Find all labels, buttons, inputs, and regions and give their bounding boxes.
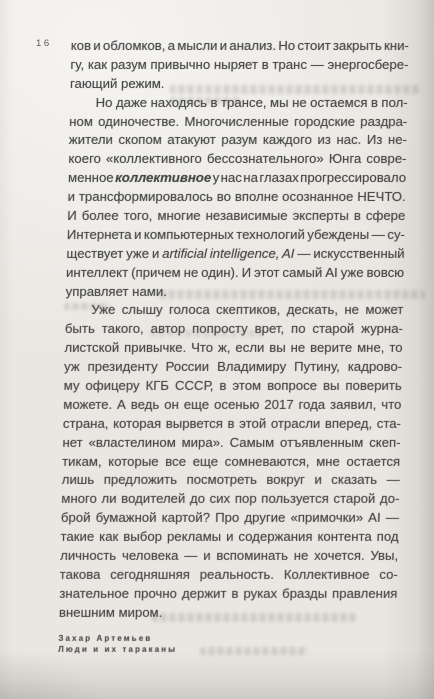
text-line: коего «коллективного бессознательного» Ю… — [68, 150, 406, 169]
text-line: и трансформировалось во вполне осознанно… — [67, 188, 405, 207]
body-text: ков и обломков, а мысли и анализ. Но сто… — [59, 37, 409, 623]
text-line: такие как выбор рекламы и содержания кон… — [60, 528, 398, 547]
text-line: Но даже находясь в трансе, мы не остаемс… — [69, 94, 407, 113]
text-line: внешним миром. — [59, 604, 397, 623]
text-line: лишь предложить посмотреть вокруг и сказ… — [62, 471, 400, 490]
footer-author: Захар Артемьев — [58, 633, 396, 645]
text-line: И более того, многие независимые эксперт… — [67, 207, 405, 226]
text-line: му офицеру КГБ СССР, в этом вопросе вы п… — [63, 377, 401, 396]
footer-book-title: Люди и их тараканы — [58, 644, 396, 656]
text-line: управляет нами. — [65, 283, 403, 302]
text-line: такова сегодняшняя реальность. Коллектив… — [60, 566, 398, 585]
text-line: ществует уже и artificial intelligence, … — [66, 245, 404, 264]
text-line: нет «властелином мира». Самым отъявленны… — [62, 434, 400, 453]
text-line: ков и обломков, а мысли и анализ. Но сто… — [71, 37, 409, 56]
text-line: Уже слышу голоса скептиков, дескать, не … — [65, 301, 403, 320]
text-line: интеллект (причем не один). И этот самый… — [66, 264, 404, 283]
book-footer: Захар Артемьев Люди и их тараканы — [58, 633, 396, 656]
paragraph: Но даже находясь в трансе, мы не остаемс… — [65, 94, 407, 302]
text-block: ков и обломков, а мысли и анализ. Но сто… — [58, 37, 409, 656]
text-line: жители скопом атакуют разум каждого из н… — [69, 131, 407, 150]
text-line: страна, которая вырвется в этой отрасли … — [63, 415, 401, 434]
paragraph: ков и обломков, а мысли и анализ. Но сто… — [70, 37, 409, 94]
text-line: много ли водителей до сих пор пользуется… — [61, 490, 399, 509]
text-line: можете. А ведь он еще осенью 2017 года з… — [63, 396, 401, 415]
text-line: знательное прочно держит в руках бразды … — [59, 585, 397, 604]
book-page-photo: 16 ков и обломков, а мысли и анализ. Но … — [0, 0, 434, 699]
text-line: листской привычке. Что ж, если вы не вер… — [64, 339, 402, 358]
text-line: гу, как разум привычно ныряет в транс — … — [70, 56, 408, 75]
text-line: ном одиночестве. Многочисленные городски… — [69, 113, 407, 132]
text-line: менное коллективное у нас на глазах прог… — [68, 169, 406, 188]
text-line: быть такого, автор попросту врет, по ста… — [65, 320, 403, 339]
emphasis-italic: artificial intelligence, AI — [162, 246, 294, 261]
text-line: Интернета и компьютерных технологий убеж… — [67, 226, 405, 245]
text-line: уж президенту России Владимиру Путину, к… — [64, 358, 402, 377]
text-line: личность человека — и вспоминать не хоче… — [60, 547, 398, 566]
text-line: тикам, которые все еще сомневаются, мне … — [62, 453, 400, 472]
page-number: 16 — [36, 38, 52, 49]
paragraph: Уже слышу голоса скептиков, дескать, не … — [59, 301, 404, 622]
emphasis-bold-italic: коллективное — [115, 170, 211, 185]
text-line: гающий режим. — [70, 75, 408, 94]
text-line: брой бумажной картой? Про другие «примоч… — [61, 509, 399, 528]
